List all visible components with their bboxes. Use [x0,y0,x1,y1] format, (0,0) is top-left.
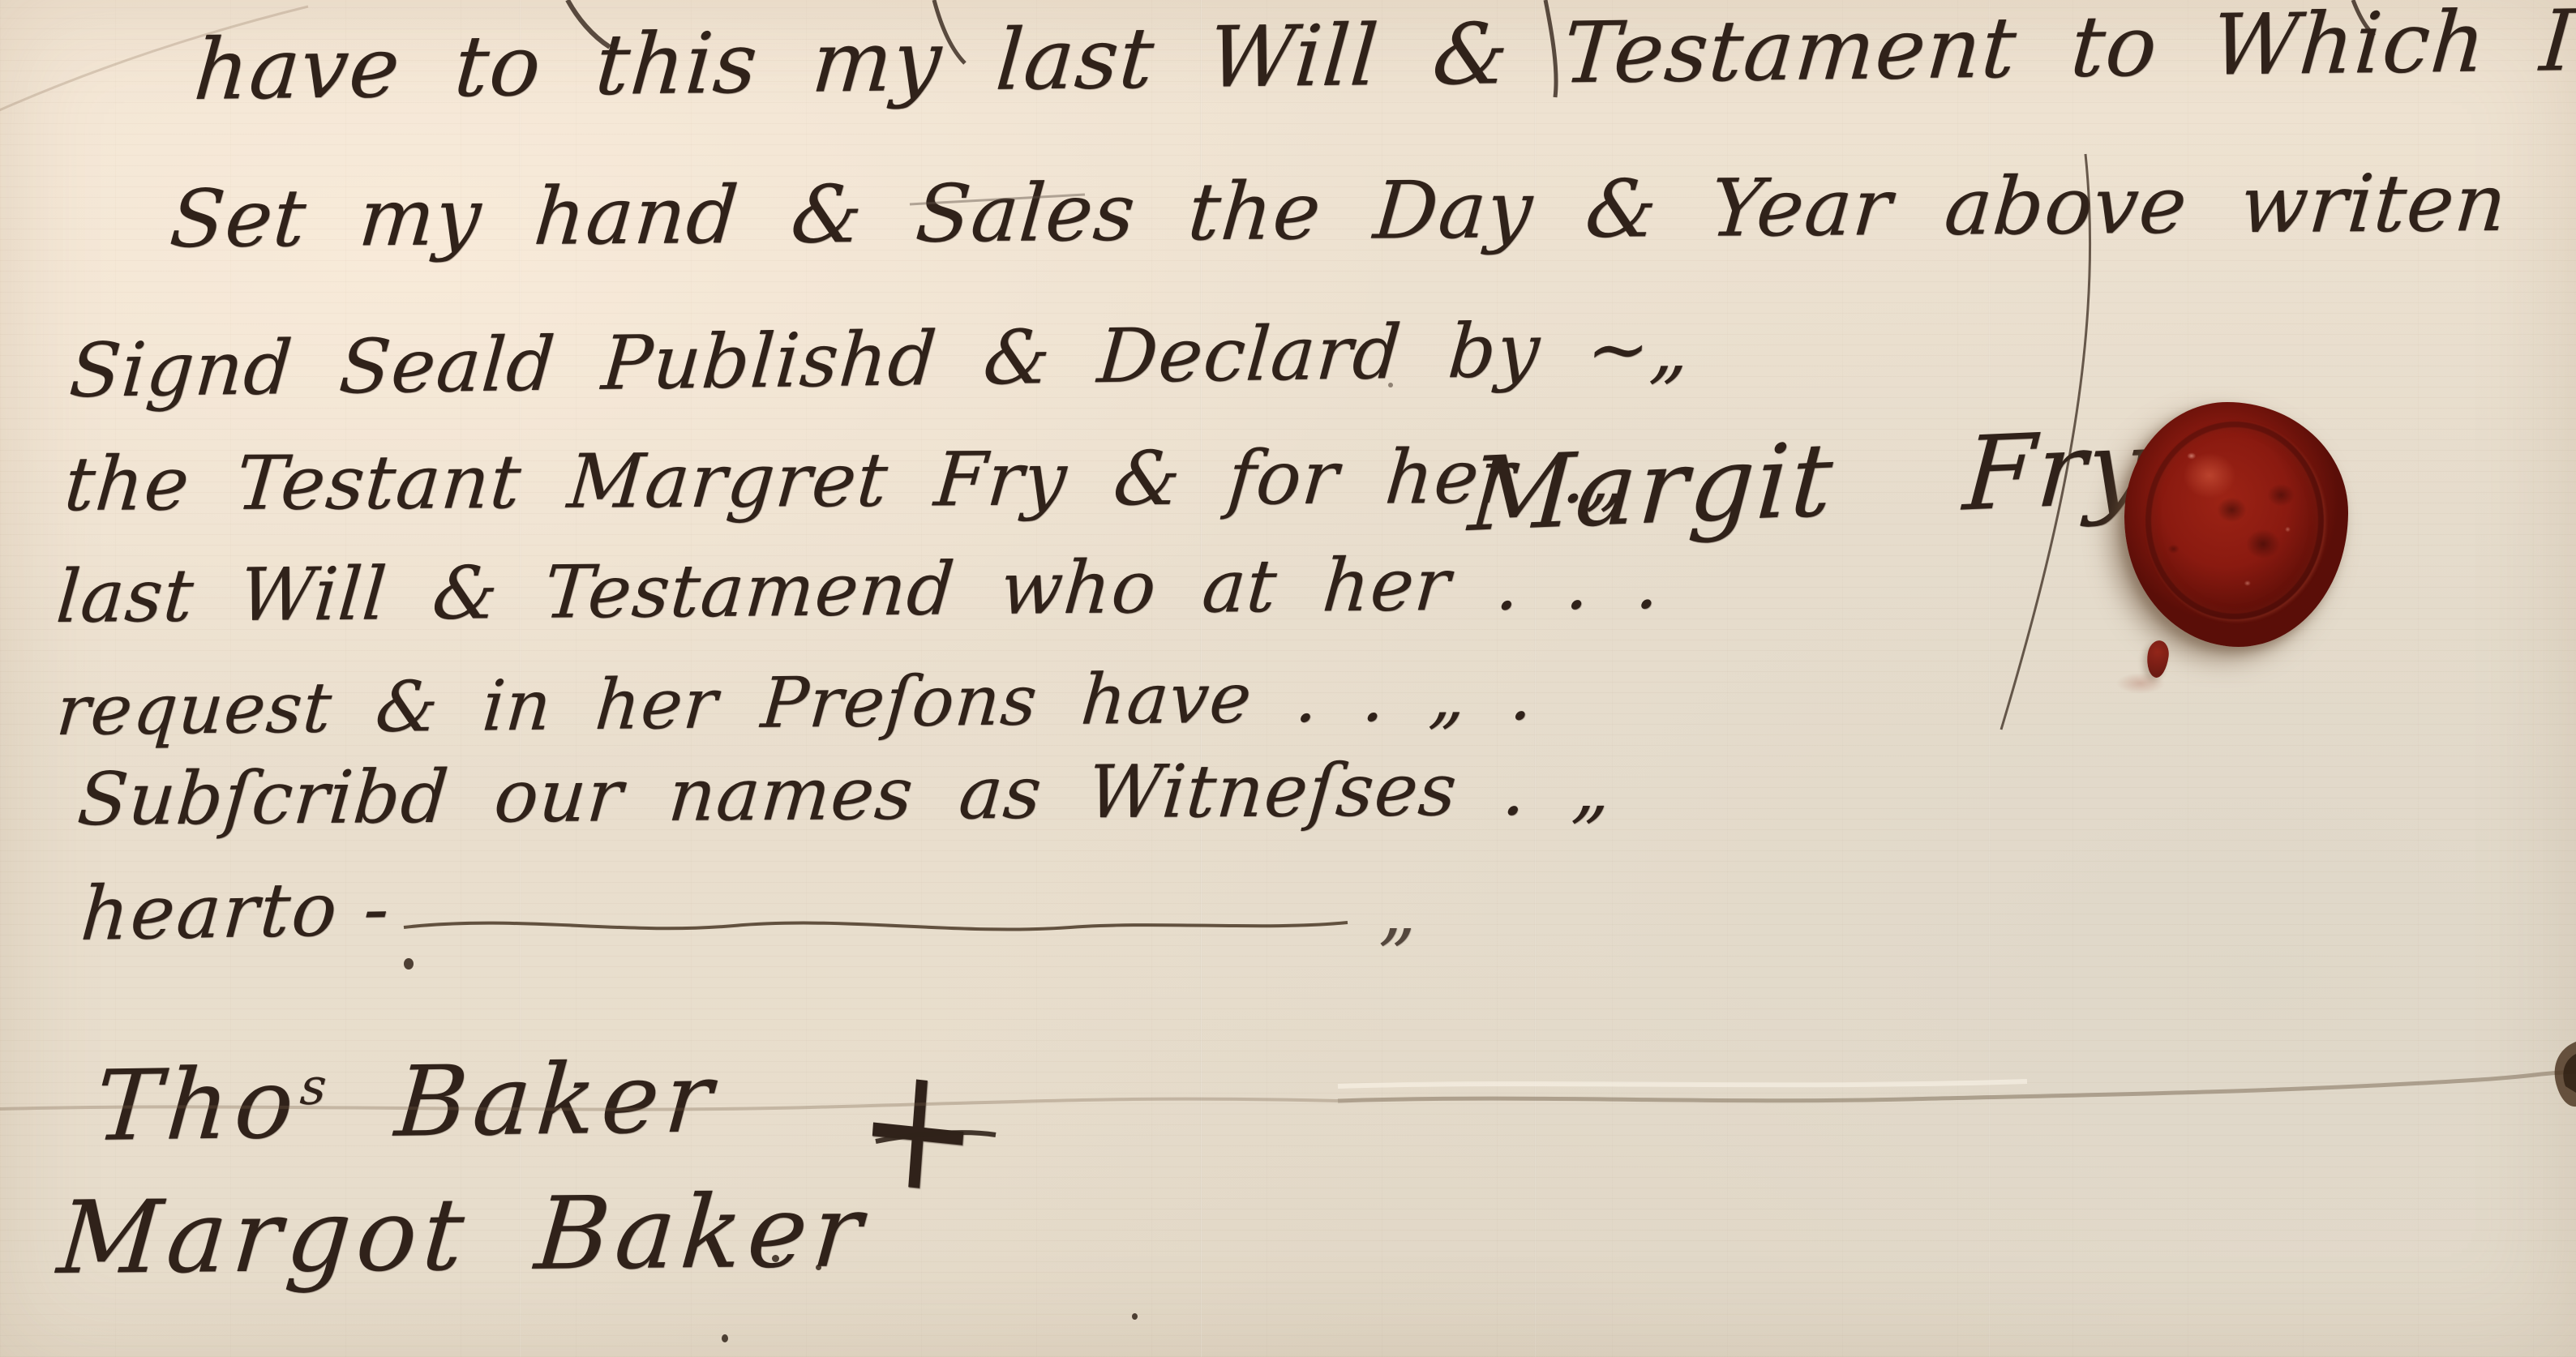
ink-dot [816,1265,821,1270]
fold-crease-right [1338,1072,2576,1101]
attestation-line-4: request & in her Preſons have . . „ . [54,661,1537,746]
attestation-line-2: the Testant Margret Fry & for her .„ [62,439,1630,522]
witness1-surname: Baker [392,1042,721,1159]
hearto-line-filler-hook: „ [1378,875,1417,948]
testatrix-given-name: Margit [1465,420,1837,554]
witness1-signature: Thos Baker [92,1050,721,1156]
ink-dot [404,958,414,970]
wax-dust [2116,673,2165,694]
ink-dot [772,1255,779,1262]
manuscript-page: have to this my last Will & Testament to… [0,0,2576,1357]
witness1-cross-mark: + [851,1037,985,1221]
will-closing-line-2: Set my hand & Sales the Day & Year above… [167,164,2510,259]
ink-dot [1388,383,1393,387]
witness1-given: Tho [92,1048,303,1163]
red-wax-seal [2124,402,2348,647]
ink-dot [1132,1313,1138,1320]
hearto-dash-rule [404,923,1348,930]
attestation-hearto: hearto - [79,871,393,952]
will-closing-line-1: have to this my last Will & Testament to… [191,0,2576,112]
right-edge-dark-notch [2555,1042,2576,1107]
attestation-line-3: last Will & Testamend who at her . . . [54,547,1663,634]
witness2-signature: Margot Baker [54,1181,871,1289]
testatrix-signature: Margit Fry [1466,416,2150,546]
testatrix-surname: Fry [1961,407,2151,533]
right-edge-dark-notch-core [2563,1054,2576,1093]
fold-highlight [1338,1081,2027,1086]
ink-dot [722,1334,728,1342]
attestation-line-1: Signd Seald Publishd & Declard by ~„ [67,311,1693,409]
witness1-superscript: s [298,1057,328,1116]
attestation-line-5: Subſcribd our names as Witneſses . „ [75,753,1614,837]
